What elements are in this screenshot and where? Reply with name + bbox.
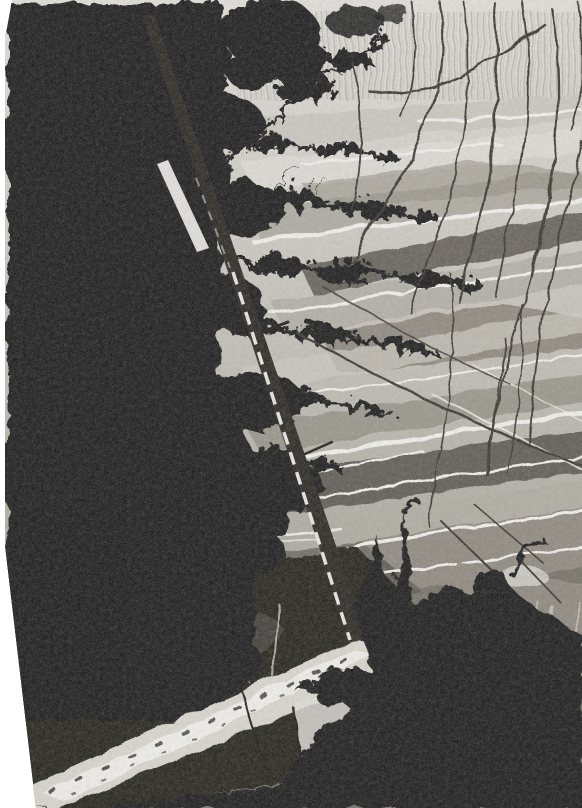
photograph: High-contrast monochrome photograph take… <box>0 0 582 808</box>
photograph-frame: High-contrast monochrome photograph take… <box>0 0 582 808</box>
film-grain <box>0 0 582 808</box>
